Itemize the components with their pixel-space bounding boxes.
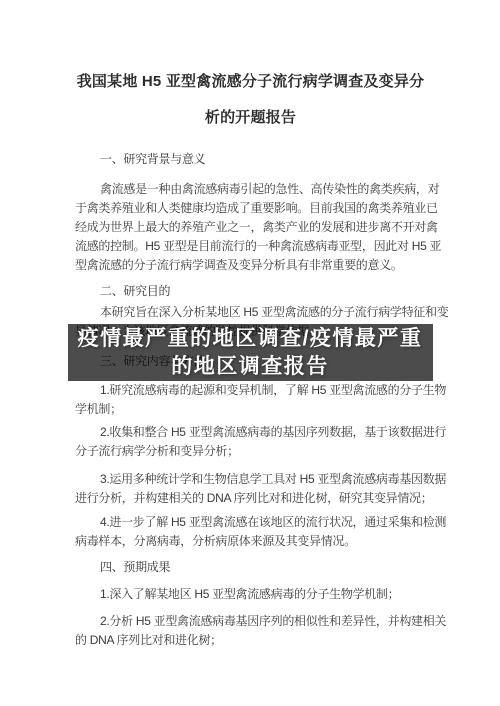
- result-item-line: 1.深入了解某地区 H5 亚型禽流感病毒的分子生物学机制；: [75, 585, 426, 604]
- section-heading-purpose: 二、研究目的: [75, 282, 426, 301]
- method-item-line: 学机制；: [75, 400, 426, 419]
- method-item-line: 1.研究流感病毒的起源和变异机制，了解 H5 亚型禽流感的分子生物: [75, 381, 426, 400]
- body-line: 流感的控制。H5 亚型是目前流行的一种禽流感病毒亚型，因此对 H5 亚: [75, 237, 426, 256]
- section-heading-expected-results: 四、预期成果: [75, 558, 426, 577]
- result-item-line: 2.分析 H5 亚型禽流感病毒基因序列的相似性和差异性，并构建相关: [75, 612, 426, 631]
- method-item-line: 进行分析，并构建相关的 DNA 序列比对和进化树，研究其变异情况；: [75, 489, 426, 508]
- body-line: 型禽流感的分子流行病学调查及变异分析具有非常重要的意义。: [75, 256, 426, 275]
- document-page: 我国某地 H5 亚型禽流感分子流行病学调查及变异分 析的开题报告 一、研究背景与…: [0, 0, 500, 706]
- document-title-line2: 析的开题报告: [75, 100, 426, 136]
- method-item-line: 3.运用多种统计学和生物信息学工具对 H5 亚型禽流感病毒基因数据: [75, 470, 426, 489]
- document-title: 我国某地 H5 亚型禽流感分子流行病学调查及变异分 析的开题报告: [75, 64, 426, 136]
- document-title-line1: 我国某地 H5 亚型禽流感分子流行病学调查及变异分: [75, 64, 426, 100]
- body-line: 经成为世界上最大的养殖产业之一，禽类产业的发展和进步离不开对禽: [75, 218, 426, 237]
- overlay-title-line2: 的地区调查报告: [0, 353, 500, 381]
- method-item-line: 病毒样本，分离病毒，分析病原体来源及其变异情况。: [75, 532, 426, 551]
- overlay-title: 疫情最严重的地区调查/疫情最严重 的地区调查报告: [0, 325, 500, 381]
- result-item-line: 的 DNA 序列比对和进化树；: [75, 631, 426, 650]
- method-item-line: 4.进一步了解 H5 亚型禽流感在该地区的流行状况，通过采集和检测: [75, 513, 426, 532]
- overlay-title-line1: 疫情最严重的地区调查/疫情最严重: [0, 325, 500, 353]
- section-heading-background: 一、研究背景与意义: [75, 150, 426, 169]
- body-line: 禽流感是一种由禽流感病毒引起的急性、高传染性的禽类疾病，对: [75, 180, 426, 199]
- method-item-line: 分子流行病学分析和变异分析；: [75, 442, 426, 461]
- body-line: 于禽类养殖业和人类健康均造成了重要影响。目前我国的禽类养殖业已: [75, 199, 426, 218]
- body-line: 本研究旨在深入分析某地区 H5 亚型禽流感的分子流行病学特征和变: [75, 303, 426, 322]
- method-item-line: 2.收集和整合 H5 亚型禽流感病毒的基因序列数据，基于该数据进行: [75, 423, 426, 442]
